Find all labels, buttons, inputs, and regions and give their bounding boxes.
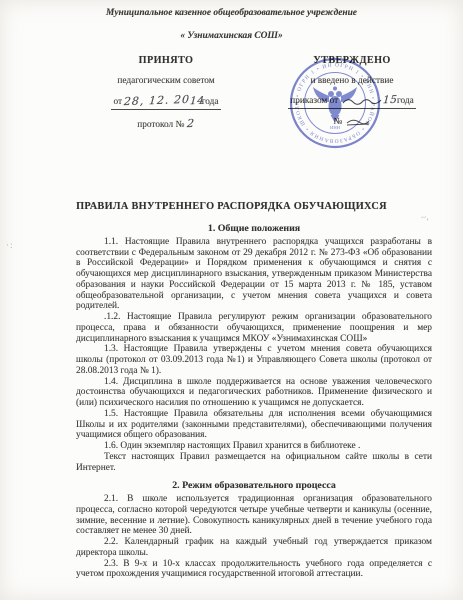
protocol-label: протокол №: [137, 120, 184, 130]
accepted-date-line: от 28, 12. 2014года: [100, 95, 232, 110]
paragraph-1-6: 1.6. Один экземпляр настоящих Правил хра…: [76, 441, 432, 452]
document-title: ПРАВИЛА ВНУТРЕННЕГО РАСПОРЯДКА ОБУЧАЮЩИХ…: [0, 201, 463, 212]
accepted-protocol-line: протокол № 2: [100, 118, 232, 131]
paragraph-1-4: 1.4. Дисциплина в школе поддерживается н…: [76, 377, 432, 409]
accepted-subtitle: педагогическим советом: [100, 76, 232, 87]
org-name-line2: « Узнимахинская СОШ»: [0, 31, 463, 41]
paragraph-2-1: 2.1. В школе используется традиционная о…: [76, 494, 432, 537]
paragraph-1-2: .1.2. Настоящие Правила регулируют режим…: [76, 312, 432, 344]
scan-artifact-left: ·:: [6, 240, 14, 250]
paragraph-1-5: 1.5. Настоящие Правила обязательны для и…: [76, 409, 432, 441]
handwritten-date: 28, 12. 20: [124, 94, 191, 107]
accepted-date-prefix: от: [113, 97, 122, 107]
stamp-inner-text: ИНН: [330, 125, 341, 130]
handwritten-protocol-number: 2: [186, 118, 195, 129]
handwritten-date-year: 14: [190, 96, 205, 107]
handwritten-year-fragment: 15: [382, 95, 397, 106]
paragraph-1-3: 1.3. Настоящие Правила утверждены с учет…: [76, 344, 432, 376]
scan-artifact-right: ~,: [420, 211, 429, 222]
paragraph-1-1: 1.1. Настоящие Правила внутреннего распо…: [76, 237, 432, 312]
official-round-stamp: ОГРН 1 • ИНН • РАЙОН • ОБРАЗОВАНИЯ • ШКО…: [288, 56, 382, 150]
document-body: 1. Общие положения 1.1. Настоящие Правил…: [76, 224, 432, 580]
paragraph-2-2: 2.2. Календарный график на каждый учебны…: [76, 537, 432, 559]
paragraph-2-3: 2.3. В 9-х и 10-х классах продолжительно…: [76, 559, 432, 581]
accepted-title: ПРИНЯТО: [100, 55, 232, 66]
approved-date-suffix: года: [397, 96, 414, 106]
double-headed-eagle-emblem: [313, 87, 357, 124]
accepted-block: ПРИНЯТО педагогическим советом от 28, 12…: [100, 55, 232, 139]
scanned-document-page: Муниципальное казенное общеобразовательн…: [0, 0, 463, 600]
paragraph-1-7: Текст настоящих Правил размещается на оф…: [76, 452, 432, 474]
org-name-line1: Муниципальное казенное общеобразовательн…: [0, 8, 463, 18]
section-2-heading: 2. Режим образовательного процесса: [76, 481, 432, 492]
section-1-heading: 1. Общие положения: [76, 224, 432, 235]
